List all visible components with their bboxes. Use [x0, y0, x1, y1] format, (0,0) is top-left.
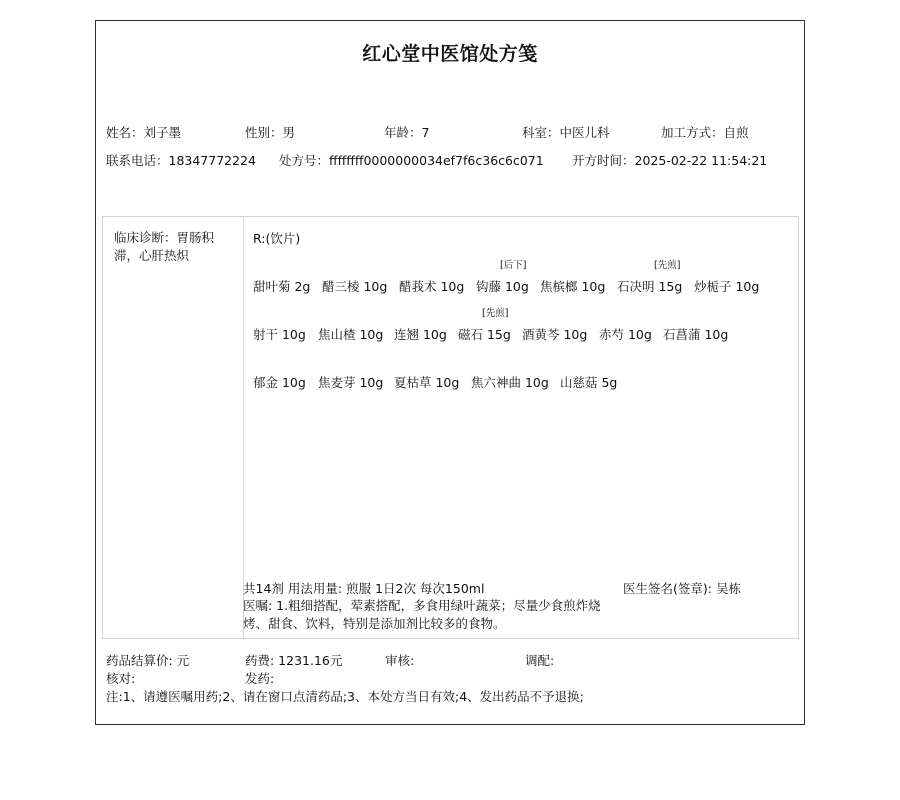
doctor-signature: 医生签名(签章): 吴栋 — [623, 579, 741, 597]
patient-name: 姓名：刘子墨 — [106, 123, 181, 141]
column-divider — [243, 217, 244, 638]
herb-item: 焦槟榔 10g — [540, 277, 605, 295]
prescription-number: 处方号：ffffffff0000000034ef7f6c36c6c071 — [279, 151, 544, 169]
herb-item: 焦山楂 10g — [318, 325, 383, 343]
herb-item: [先煎]石决明 15g — [617, 277, 682, 295]
contact-phone: 联系电话：18347772224 — [106, 151, 256, 169]
drug-settlement-price: 药品结算价: 元 — [106, 651, 189, 669]
herb-item: 甜叶菊 2g — [253, 277, 310, 295]
page-title: 红心堂中医馆处方笺 — [96, 39, 804, 66]
herb-item: 醋三棱 10g — [322, 277, 387, 295]
prescription-sheet: 红心堂中医馆处方笺 姓名：刘子墨 性别：男 年龄：7 科室：中医儿科 加工方式：… — [95, 20, 805, 725]
herb-item: 夏枯草 10g — [394, 373, 459, 391]
prescription-time: 开方时间：2025-02-22 11:54:21 — [572, 151, 767, 169]
medical-advice: 医嘱: 1.粗细搭配，荤素搭配，多食用绿叶蔬菜；尽量少食煎炸烧烤、甜食、饮料，特… — [243, 597, 623, 633]
herb-item: 连翘 10g — [394, 325, 447, 343]
herb-note: [后下] — [500, 257, 526, 271]
herb-item: 炒栀子 10g — [694, 277, 759, 295]
patient-age: 年龄：7 — [384, 123, 429, 141]
herb-item: 醋莪术 10g — [399, 277, 464, 295]
herb-item: 焦麦芽 10g — [318, 373, 383, 391]
herb-item: [后下]钩藤 10g — [476, 277, 529, 295]
review-label: 审核: — [385, 651, 414, 669]
herb-item: 焦六神曲 10g — [471, 373, 549, 391]
patient-gender: 性别：男 — [245, 123, 295, 141]
processing-method: 加工方式：自煎 — [661, 123, 749, 141]
department: 科室：中医儿科 — [522, 123, 610, 141]
clinical-diagnosis: 临床诊断：胃肠积滞，心肝热炽 — [114, 229, 234, 265]
herb-item: 酒黄芩 10g — [522, 325, 587, 343]
herb-item: 石菖蒲 10g — [663, 325, 728, 343]
dispense-mix-label: 调配: — [525, 651, 554, 669]
drug-fee: 药费: 1231.16元 — [245, 651, 342, 669]
usage-dosage: 共14剂 用法用量: 煎服 1日2次 每次150ml — [243, 579, 484, 597]
herb-item: 赤芍 10g — [599, 325, 652, 343]
herb-item: [先煎]磁石 15g — [458, 325, 511, 343]
herb-item: 射干 10g — [253, 325, 306, 343]
herb-note: [先煎] — [482, 305, 508, 319]
footer-notes: 注:1、请遵医嘱用药;2、请在窗口点清药品;3、本处方当日有效;4、发出药品不予… — [106, 687, 584, 705]
issue-label: 发药: — [245, 669, 274, 687]
check-label: 核对: — [106, 669, 135, 687]
herb-note: [先煎] — [654, 257, 680, 271]
herb-item: 郁金 10g — [253, 373, 306, 391]
prescription-box: 临床诊断：胃肠积滞，心肝热炽 R:(饮片) 甜叶菊 2g 醋三棱 10g 醋莪术… — [102, 216, 799, 639]
rx-header: R:(饮片) — [253, 229, 300, 247]
herb-item: 山慈菇 5g — [560, 373, 617, 391]
